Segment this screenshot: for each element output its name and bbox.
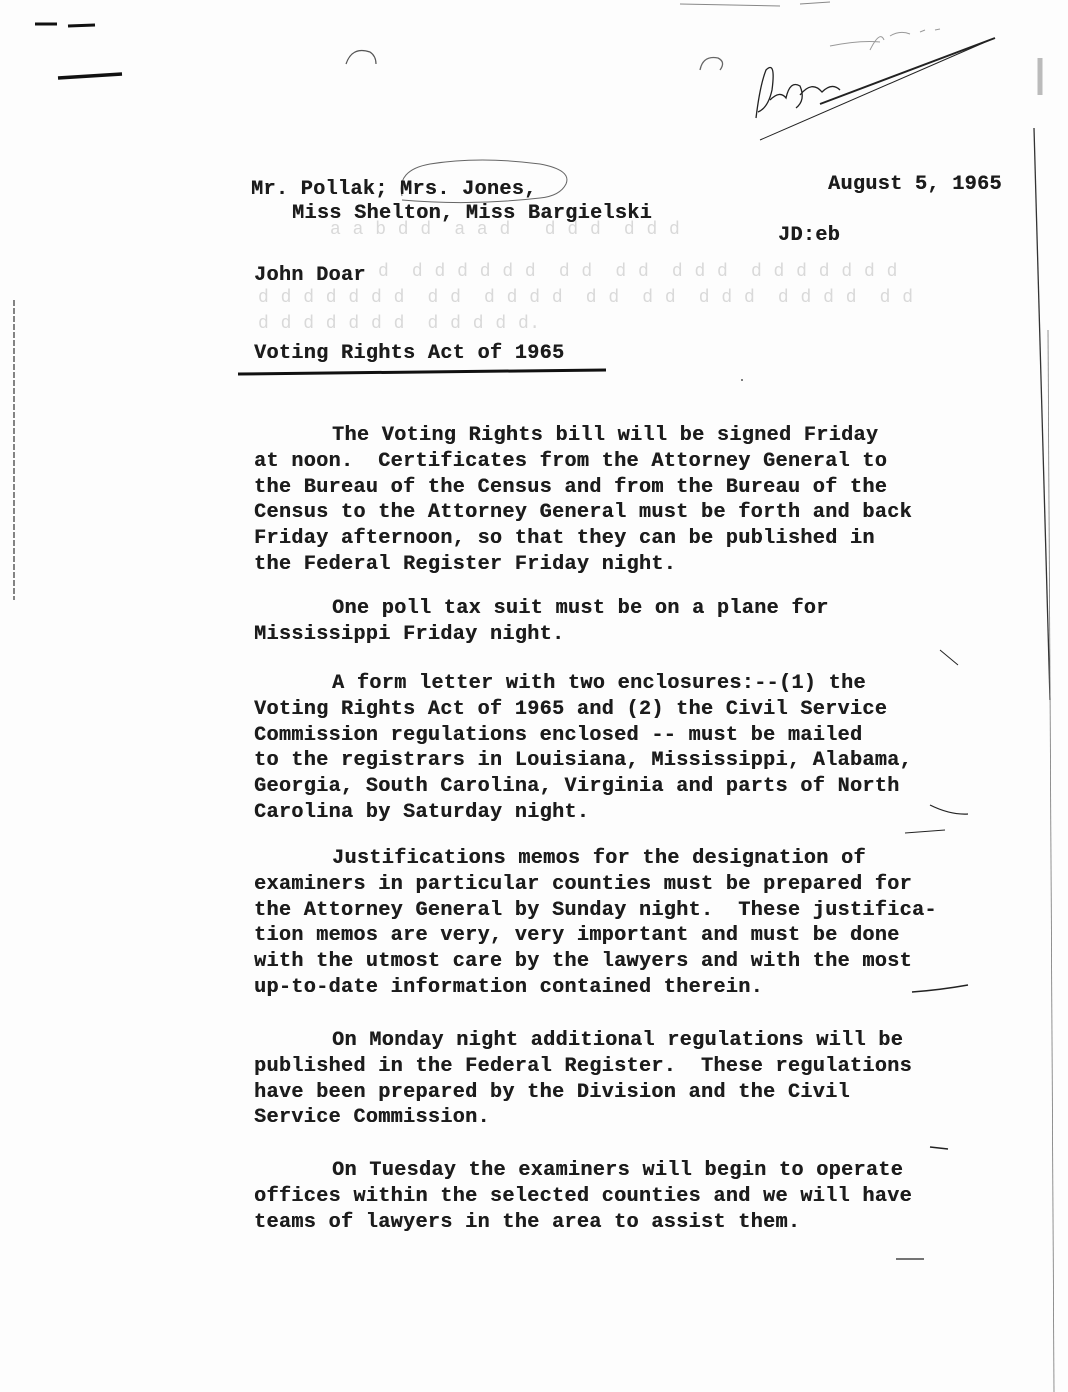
paragraph-line: with the utmost care by the lawyers and … xyxy=(254,949,937,975)
paragraph-line: at noon. Certificates from the Attorney … xyxy=(254,449,912,475)
bleed-through-text: d d d d d d d d d d d d. xyxy=(258,314,541,334)
memo-page: Mr. Pollak; Mrs. Jones, Miss Shelton, Mi… xyxy=(0,0,1068,1392)
paragraph-line: Mississippi Friday night. xyxy=(254,622,829,648)
bleed-through-text: a a b d d a a d d d d d d d xyxy=(330,220,680,240)
paragraph-line: have been prepared by the Division and t… xyxy=(254,1080,912,1106)
paragraph-line: the Attorney General by Sunday night. Th… xyxy=(254,898,937,924)
paragraph-line: to the registrars in Louisiana, Mississi… xyxy=(254,748,912,774)
bleed-through-text: d d d d d d d d d d d d d d d d d d d d … xyxy=(378,262,898,282)
paragraph-line: tion memos are very, very important and … xyxy=(254,923,937,949)
paragraph-line: Census to the Attorney General must be f… xyxy=(254,500,912,526)
memo-paragraph-5: On Monday night additional regulations w… xyxy=(254,1028,912,1131)
memo-date: August 5, 1965 xyxy=(828,173,1002,196)
memo-paragraph-2: One poll tax suit must be on a plane for… xyxy=(254,596,829,648)
memo-paragraph-3: A form letter with two enclosures:--(1) … xyxy=(254,671,912,826)
memo-from: John Doar xyxy=(254,264,366,287)
paragraph-line: the Bureau of the Census and from the Bu… xyxy=(254,475,912,501)
paragraph-line: Carolina by Saturday night. xyxy=(254,800,912,826)
paragraph-line: A form letter with two enclosures:--(1) … xyxy=(254,671,912,697)
paragraph-line: Justifications memos for the designation… xyxy=(254,846,937,872)
paragraph-line: Voting Rights Act of 1965 and (2) the Ci… xyxy=(254,697,912,723)
paragraph-line: published in the Federal Register. These… xyxy=(254,1054,912,1080)
paragraph-line: On Monday night additional regulations w… xyxy=(254,1028,912,1054)
memo-subject: Voting Rights Act of 1965 xyxy=(254,342,564,365)
memo-to-line-1: Mr. Pollak; Mrs. Jones, xyxy=(251,178,537,201)
paragraph-line: One poll tax suit must be on a plane for xyxy=(254,596,829,622)
paragraph-line: Georgia, South Carolina, Virginia and pa… xyxy=(254,774,912,800)
bleed-through-text: d d d d d d d d d d d d d d d d d d d d … xyxy=(258,288,914,308)
paragraph-line: offices within the selected counties and… xyxy=(254,1184,912,1210)
paragraph-line: up-to-date information contained therein… xyxy=(254,975,937,1001)
paragraph-line: On Tuesday the examiners will begin to o… xyxy=(254,1158,912,1184)
memo-reference-initials: JD:eb xyxy=(778,224,840,247)
handwritten-signature xyxy=(700,29,995,140)
memo-paragraph-4: Justifications memos for the designation… xyxy=(254,846,937,1001)
paragraph-line: the Federal Register Friday night. xyxy=(254,552,912,578)
paragraph-line: examiners in particular counties must be… xyxy=(254,872,937,898)
paragraph-line: Service Commission. xyxy=(254,1105,912,1131)
paragraph-line: teams of lawyers in the area to assist t… xyxy=(254,1210,912,1236)
paragraph-line: Friday afternoon, so that they can be pu… xyxy=(254,526,912,552)
memo-paragraph-6: On Tuesday the examiners will begin to o… xyxy=(254,1158,912,1235)
paragraph-line: Commission regulations enclosed -- must … xyxy=(254,723,912,749)
paragraph-line: The Voting Rights bill will be signed Fr… xyxy=(254,423,912,449)
memo-paragraph-1: The Voting Rights bill will be signed Fr… xyxy=(254,423,912,578)
